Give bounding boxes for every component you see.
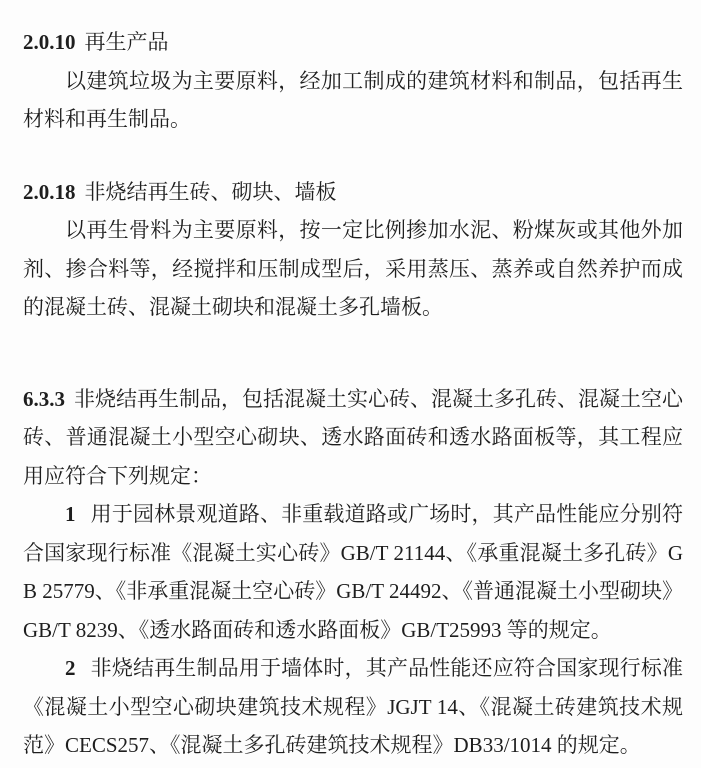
clause-2-0-18: 2.0.18非烧结再生砖、砌块、墙板 以再生骨料为主要原料，按一定比例掺加水泥、…	[23, 173, 683, 327]
clause-number: 2.0.18	[23, 180, 76, 204]
clause-lead-text: 非烧结再生制品，包括混凝土实心砖、混凝土多孔砖、混凝土空心砖、普通混凝土小型空心…	[23, 387, 683, 488]
clause-heading: 2.0.18非烧结再生砖、砌块、墙板	[23, 173, 683, 212]
document-page: 2.0.10再生产品 以建筑垃圾为主要原料，经加工制成的建筑材料和制品，包括再生…	[0, 0, 701, 768]
item-text: 非烧结再生制品用于墙体时，其产品性能还应符合国家现行标准《混凝土小型空心砌块建筑…	[23, 656, 683, 757]
clause-heading: 2.0.10再生产品	[23, 23, 683, 62]
clause-definition: 以再生骨料为主要原料，按一定比例掺加水泥、粉煤灰或其他外加剂、掺合料等，经搅拌和…	[23, 211, 683, 327]
clause-definition: 以建筑垃圾为主要原料，经加工制成的建筑材料和制品，包括再生材料和再生制品。	[23, 62, 683, 139]
item-number: 2	[65, 656, 76, 680]
clause-item-1: 1用于园林景观道路、非重载道路或广场时，其产品性能应分别符合国家现行标准《混凝土…	[23, 495, 683, 649]
clause-title: 再生产品	[85, 30, 169, 54]
item-text: 用于园林景观道路、非重载道路或广场时，其产品性能应分别符合国家现行标准《混凝土实…	[23, 502, 683, 642]
clause-item-2: 2非烧结再生制品用于墙体时，其产品性能还应符合国家现行标准《混凝土小型空心砌块建…	[23, 649, 683, 765]
clause-6-3-3: 6.3.3非烧结再生制品，包括混凝土实心砖、混凝土多孔砖、混凝土空心砖、普通混凝…	[23, 380, 683, 765]
clause-title: 非烧结再生砖、砌块、墙板	[85, 180, 337, 204]
clause-lead: 6.3.3非烧结再生制品，包括混凝土实心砖、混凝土多孔砖、混凝土空心砖、普通混凝…	[23, 380, 683, 496]
item-number: 1	[65, 502, 76, 526]
clause-2-0-10: 2.0.10再生产品 以建筑垃圾为主要原料，经加工制成的建筑材料和制品，包括再生…	[23, 23, 683, 139]
clause-number: 2.0.10	[23, 30, 76, 54]
clause-number: 6.3.3	[23, 387, 65, 411]
